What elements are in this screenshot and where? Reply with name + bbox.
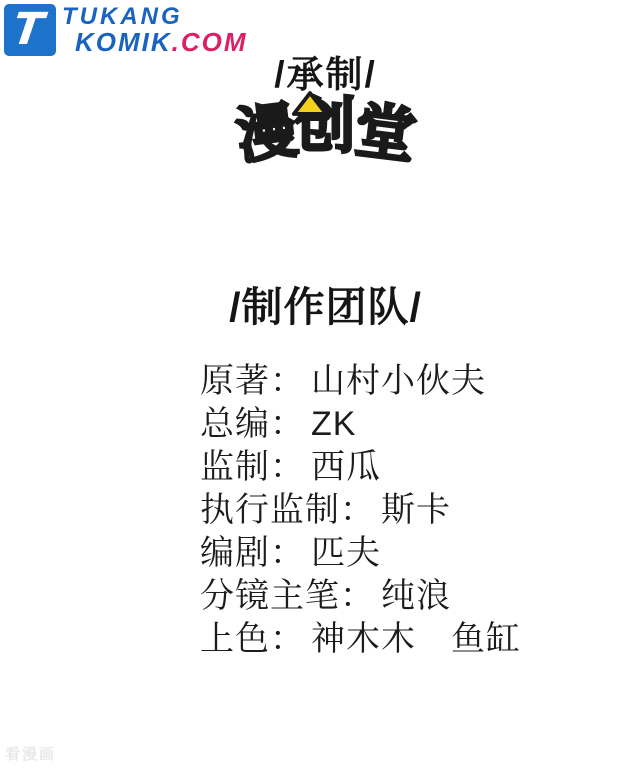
yellow-roof-icon: [291, 90, 329, 117]
comic-credits-page: T TUKANG KOMIK.COM /承制/ 漫 创 堂 /制作团队/ 原著：…: [0, 0, 625, 769]
team-heading: /制作团队/: [13, 274, 625, 333]
credit-value: ZK: [311, 403, 356, 446]
credit-value: 神木木 鱼缸: [311, 618, 521, 661]
credit-label: 上色：: [200, 618, 305, 661]
watermark-text: 看漫画: [5, 743, 56, 764]
credit-row-original-author: 原著： 山村小伙夫: [200, 360, 521, 403]
credit-value: 山村小伙夫: [311, 360, 486, 403]
credit-value: 西瓜: [311, 446, 381, 489]
credit-row-colorist: 上色： 神木木 鱼缸: [200, 618, 521, 661]
credit-value: 纯浪: [381, 575, 451, 618]
credit-label: 原著：: [200, 360, 305, 403]
credit-label: 监制：: [200, 446, 305, 489]
credit-label: 编剧：: [200, 532, 305, 575]
studio-logo: 漫 创 堂: [236, 92, 416, 162]
studio-logo-char-3: 堂: [351, 96, 419, 173]
brand-line1: TUKANG: [62, 5, 248, 29]
credit-label: 总编：: [200, 403, 305, 446]
credit-label: 执行监制：: [200, 489, 375, 532]
credit-row-storyboard-artist: 分镜主笔： 纯浪: [200, 575, 521, 618]
credit-row-screenwriter: 编剧： 匹夫: [200, 532, 521, 575]
credit-row-supervisor: 监制： 西瓜: [200, 446, 521, 489]
credits-list: 原著： 山村小伙夫 总编： ZK 监制： 西瓜 执行监制： 斯卡 编剧： 匹夫 …: [200, 360, 521, 661]
credit-value: 斯卡: [381, 489, 451, 532]
credit-label: 分镜主笔：: [200, 575, 375, 618]
credit-row-chief-editor: 总编： ZK: [200, 403, 521, 446]
credit-value: 匹夫: [311, 532, 381, 575]
credit-row-executive-supervisor: 执行监制： 斯卡: [200, 489, 521, 532]
